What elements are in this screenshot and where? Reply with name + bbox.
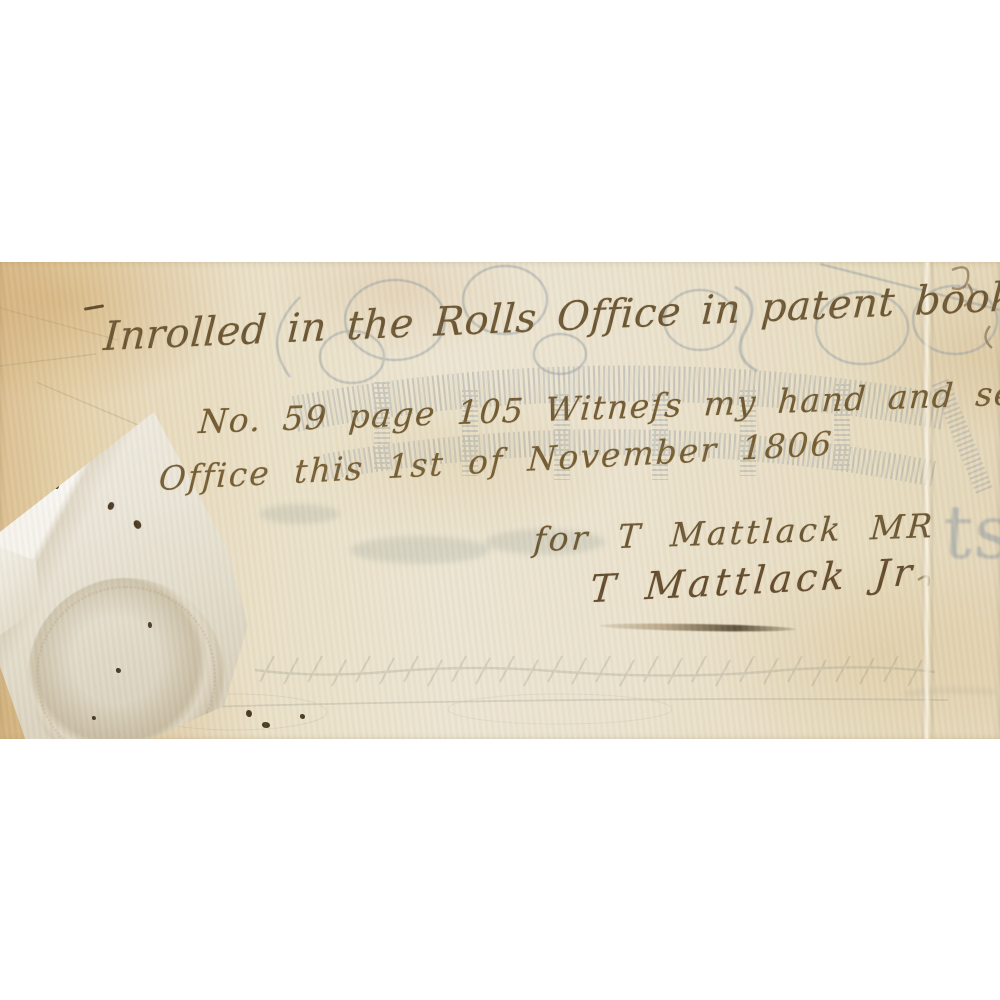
ink-speck (148, 622, 152, 628)
ink-speck (262, 722, 270, 728)
ink-speck (54, 482, 59, 489)
ink-speck (246, 710, 252, 717)
manuscript-line-2: No. 59 page 105 Witneſs my hand and seal (197, 372, 1000, 441)
ink-speck (116, 668, 121, 673)
signature-underline-smear (600, 622, 796, 632)
ink-dash (84, 304, 104, 310)
parchment: ts Inrolled in the Rolls Office in paten… (0, 262, 1000, 739)
ink-speck (92, 716, 96, 720)
document-photo: ts Inrolled in the Rolls Office in paten… (0, 0, 1000, 1000)
manuscript-line-1: Inrolled in the Rolls Office in patent b… (102, 274, 1000, 360)
ink-speck (106, 501, 115, 511)
ink-speck (133, 519, 143, 530)
ghost-letters: ts (937, 490, 1000, 576)
ink-speck (300, 714, 305, 719)
embossed-seal-impression (28, 578, 224, 739)
signature: T Mattlack Jr (588, 550, 918, 611)
fold-crease (922, 262, 934, 739)
